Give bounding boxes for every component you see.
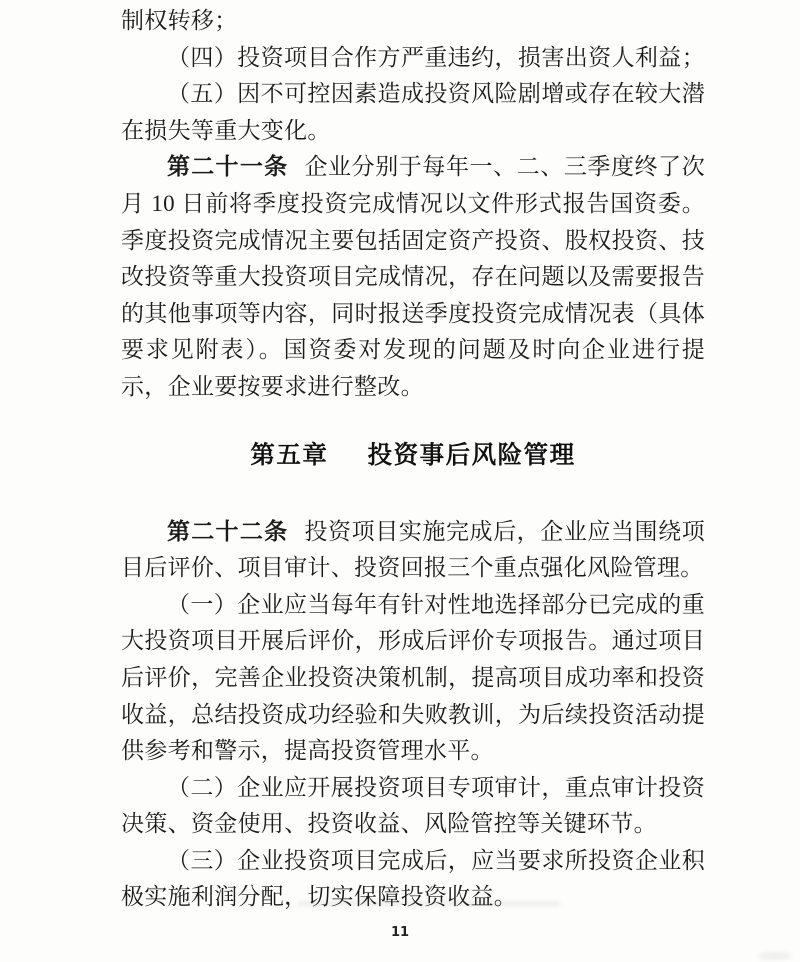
paragraph: 制权转移； (121, 3, 705, 40)
article-number: 第二十二条 (167, 519, 288, 545)
paragraph: （二）企业应开展投资项目专项审计，重点审计投资决策、资金使用、投资收益、风险管控… (121, 770, 705, 843)
document-page: 制权转移；（四）投资项目合作方严重违约，损害出资人利益；（五）因不可控因素造成投… (0, 0, 800, 962)
paragraph: 第二十二条投资项目实施完成后，企业应当围绕项目后评价、项目审计、投资回报三个重点… (121, 514, 705, 587)
paragraph: 第二十一条企业分别于每年一、二、三季度终了次月 10 日前将季度投资完成情况以文… (121, 149, 705, 405)
chapter-heading: 第五章投资事后风险管理 (121, 436, 705, 473)
chapter-title: 投资事后风险管理 (368, 440, 576, 469)
paragraph: （一）企业应当每年有针对性地选择部分已完成的重大投资项目开展后评价，形成后评价专… (121, 587, 705, 770)
scan-smudge (298, 901, 560, 906)
article-number: 第二十一条 (167, 154, 288, 180)
document-body: 制权转移；（四）投资项目合作方严重违约，损害出资人利益；（五）因不可控因素造成投… (121, 3, 705, 916)
paragraph: （四）投资项目合作方严重违约，损害出资人利益； (121, 40, 705, 77)
scan-smudge-corner (758, 952, 792, 960)
chapter-number: 第五章 (250, 440, 328, 469)
page-number: 11 (0, 924, 800, 942)
paragraph: （五）因不可控因素造成投资风险剧增或存在较大潜在损失等重大变化。 (121, 76, 705, 149)
